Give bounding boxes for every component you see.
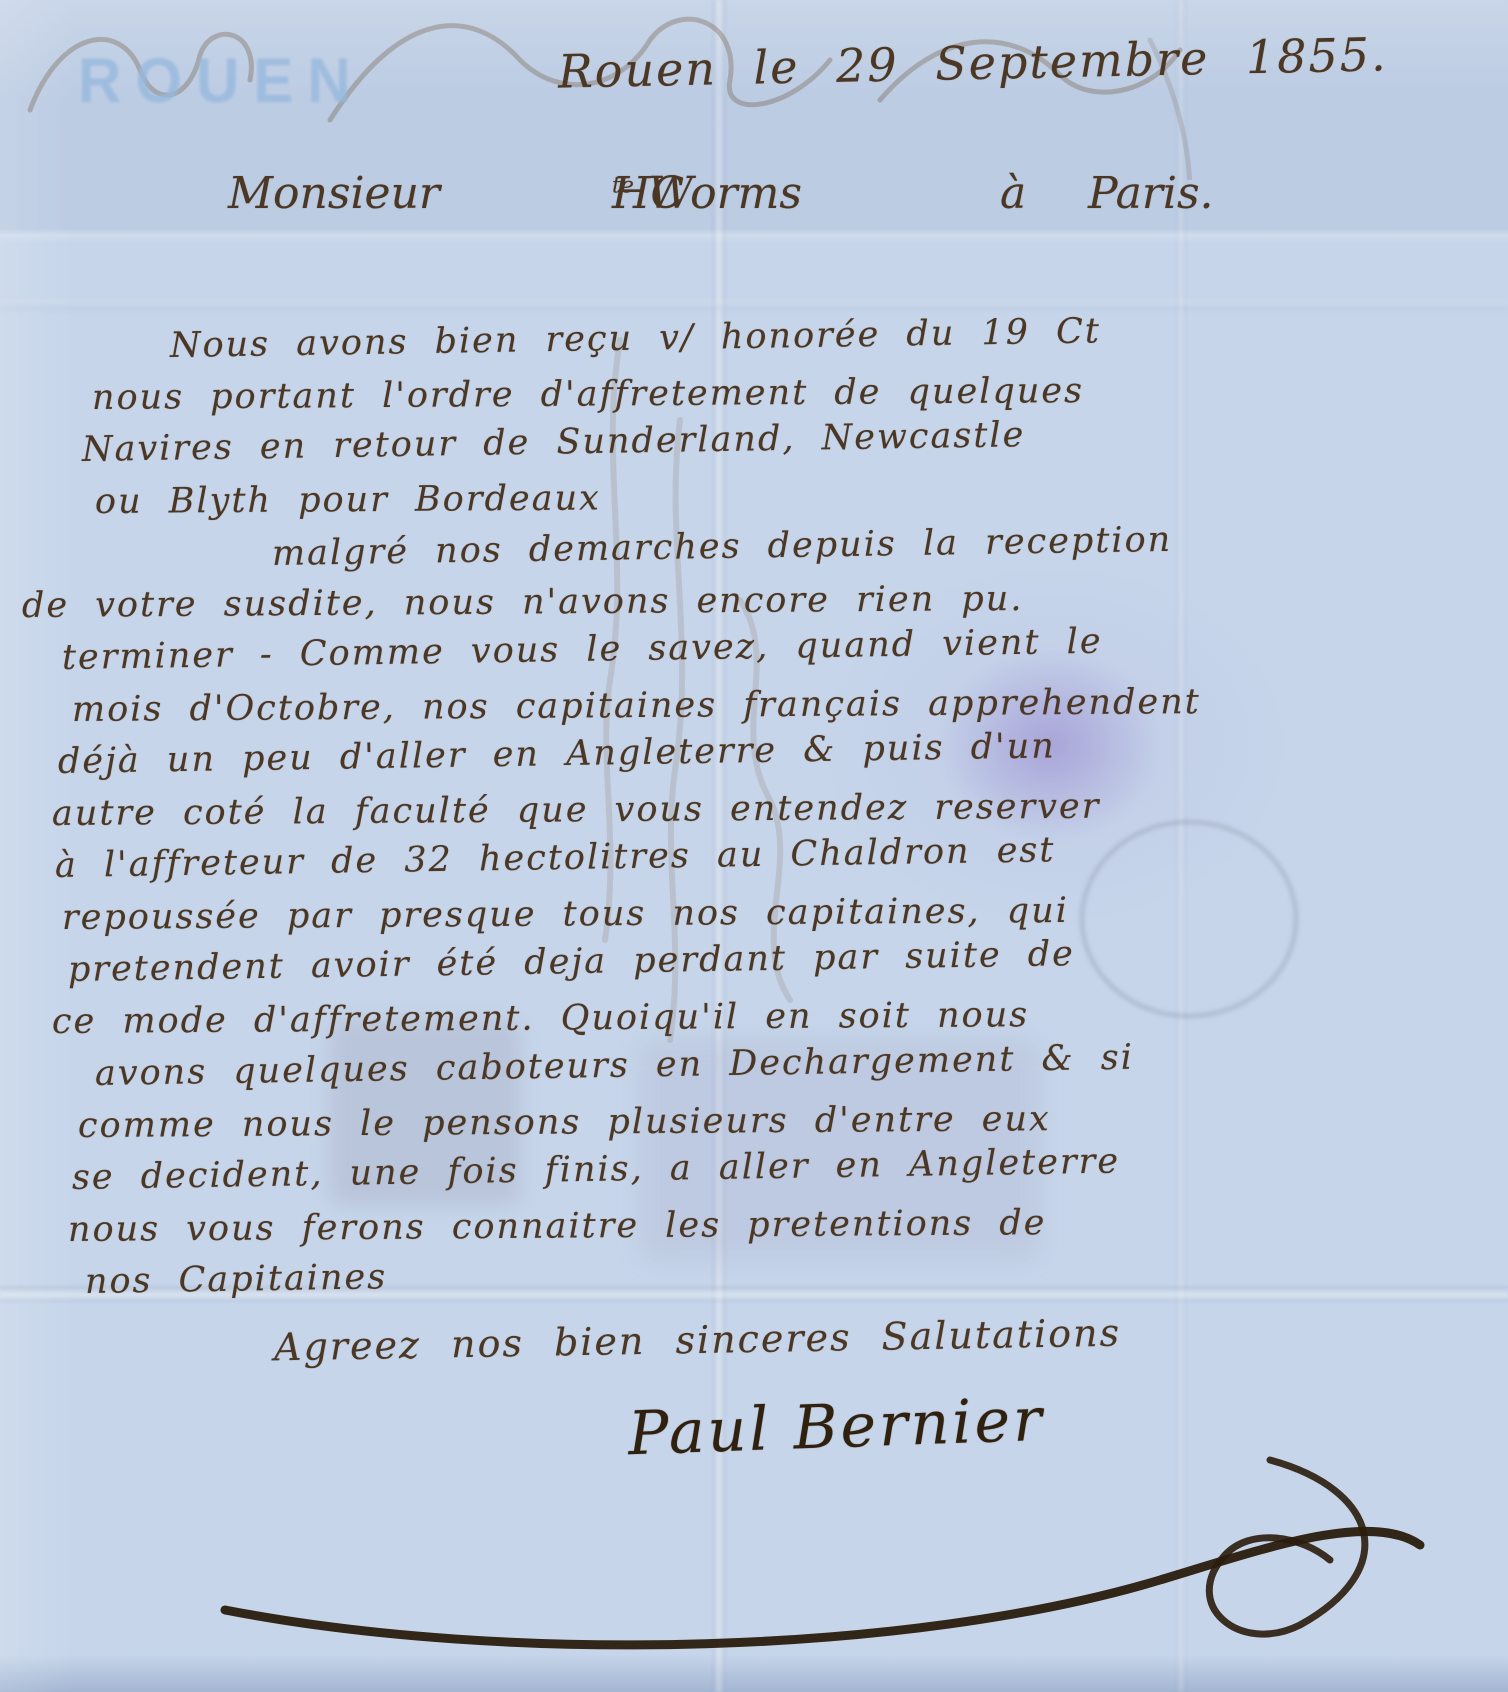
salutation-monsieur: Monsieur xyxy=(228,168,440,219)
rouen-postmark: ROUEN xyxy=(78,44,365,116)
body-line: Nous avons bien reçu v/ honorée du 19 Ct xyxy=(170,305,1508,378)
signature: Paul Bernier xyxy=(627,1385,1046,1469)
letter-body: Nous avons bien reçu v/ honorée du 19 Ct… xyxy=(0,326,1508,1314)
recipient-surname: Worms xyxy=(648,168,802,219)
salutation-preposition: à xyxy=(1000,168,1026,219)
dateline: Rouen le 29 Septembre 1855. xyxy=(558,27,1389,98)
recipient-name: HCte Worms xyxy=(612,168,648,219)
letter-page: ROUEN Rouen le 29 Septembre 1855. Monsie… xyxy=(0,0,1508,1692)
salutation-row: Monsieur HCte Worms à Paris. xyxy=(0,168,1508,238)
closing-line: Agreez nos bien sinceres Salutations xyxy=(274,1311,1122,1370)
salutation-city: Paris. xyxy=(1088,168,1214,219)
signature-flourish xyxy=(150,1440,1470,1680)
